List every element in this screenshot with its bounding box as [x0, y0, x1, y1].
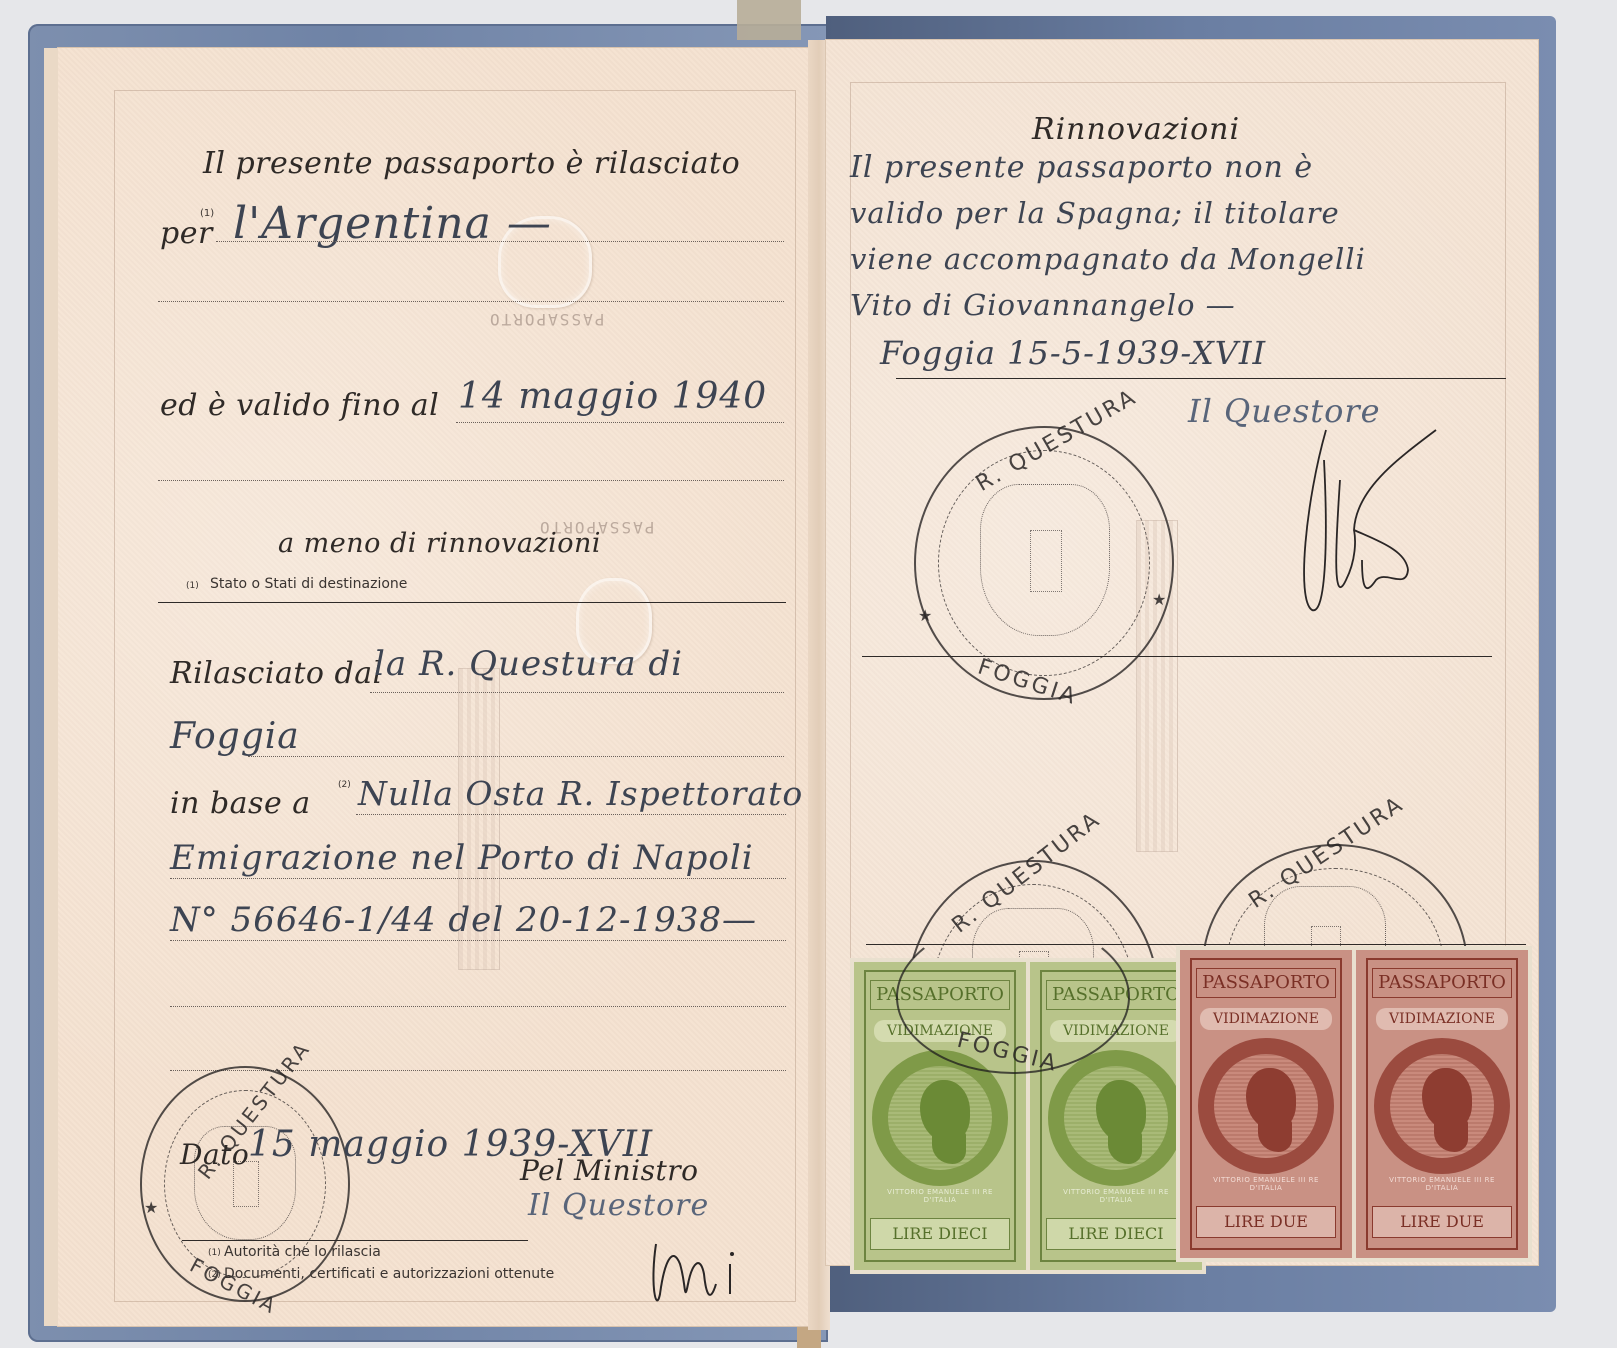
signatory-printed: Pel Ministro	[520, 1154, 698, 1187]
date-label: Dato	[180, 1138, 249, 1171]
embossed-text-top: PASSAPORTO	[488, 310, 604, 329]
rule-signature	[182, 1240, 528, 1241]
revenue-stamp-lire-due-2: PASSAPORTO VIDIMAZIONE VITTORIO EMANUELE…	[1356, 950, 1528, 1258]
issued-by-handwritten: la R. Questura di	[374, 644, 683, 684]
revenue-stamp-lire-due-1: PASSAPORTO VIDIMAZIONE VITTORIO EMANUELE…	[1180, 950, 1352, 1258]
line-destination	[216, 241, 784, 242]
rule-renewal-date	[896, 378, 1506, 379]
left-page: PASSAPORTO PASSAPORTO Il presente passap…	[58, 48, 820, 1326]
star-icon: ★	[918, 606, 932, 625]
right-page: Rinnovazioni Il presente passaporto non …	[826, 40, 1538, 1265]
stamp-subtitle: VIDIMAZIONE	[1376, 1008, 1508, 1030]
rule-section-divider	[158, 602, 786, 603]
king-portrait-icon	[1048, 1050, 1184, 1186]
valid-until-handwritten: 14 maggio 1940	[458, 376, 767, 417]
king-portrait-icon	[1374, 1038, 1510, 1174]
footnote-a-mark: (1)	[208, 1248, 221, 1258]
footnote-mark-2: (2)	[338, 780, 351, 790]
line-issued-by	[370, 692, 784, 693]
line-valid-until-2	[158, 480, 784, 481]
renewal-note-line-4: Vito di Giovannangelo —	[850, 288, 1236, 322]
stamp-ring-text: VITTORIO EMANUELE III RE D'ITALIA	[1048, 1188, 1184, 1204]
footnote-1-text: Stato o Stati di destinazione	[210, 576, 407, 592]
renewal-note-line-3: viene accompagnato da Mongelli	[850, 242, 1366, 276]
based-on-label: in base a	[170, 786, 311, 821]
star-icon: ★	[144, 1198, 158, 1217]
for-prefix: per	[160, 216, 213, 251]
renewal-note: a meno di rinnovazioni	[278, 528, 601, 559]
king-portrait-icon	[1198, 1038, 1334, 1174]
based-on-line-2: Emigrazione nel Porto di Napoli	[170, 838, 754, 878]
footnote-a-text: Autorità che lo rilascia	[224, 1244, 381, 1260]
stamp-subtitle: VIDIMAZIONE	[1200, 1008, 1332, 1030]
issued-for-label: Il presente passaporto è rilasciato	[203, 146, 740, 181]
stamp-value: LIRE DUE	[1372, 1206, 1512, 1238]
renewal-note-line-1: Il presente passaporto non è	[850, 150, 1313, 185]
issued-by-city-handwritten: Foggia	[170, 716, 300, 757]
crest-icon	[980, 484, 1110, 636]
rule-renewal-end	[862, 656, 1492, 657]
footnote-mark-1: (1)	[200, 208, 214, 219]
signature-mark	[646, 1224, 766, 1324]
signatory-handwritten: Il Questore	[528, 1188, 709, 1223]
questore-signature	[1296, 420, 1446, 620]
line-based-on-1	[356, 814, 786, 815]
line-based-on-3	[170, 940, 786, 941]
stamp-ring-text: VITTORIO EMANUELE III RE D'ITALIA	[872, 1188, 1008, 1204]
line-destination-2	[158, 301, 784, 302]
based-on-line-3: N° 56646-1/44 del 20-12-1938—	[170, 900, 757, 940]
footnote-1-mark: (1)	[186, 581, 199, 591]
stamp-header: PASSAPORTO	[1372, 968, 1512, 998]
line-based-on-2	[170, 878, 786, 879]
spine-tape-top	[737, 0, 801, 40]
star-icon: ★	[1152, 590, 1166, 609]
questura-stamp-renewal	[914, 426, 1174, 700]
valid-until-label: ed è valido fino al	[160, 388, 439, 423]
line-issued-city	[248, 756, 784, 757]
stamp-header: PASSAPORTO	[1196, 968, 1336, 998]
line-blank	[170, 1006, 786, 1007]
stamp-ring-text: VITTORIO EMANUELE III RE D'ITALIA	[1198, 1176, 1334, 1192]
renewal-place-date: Foggia 15-5-1939-XVII	[880, 334, 1266, 372]
stamp-ring-text: VITTORIO EMANUELE III RE D'ITALIA	[1374, 1176, 1510, 1192]
line-valid-until	[456, 422, 784, 423]
renewals-heading: Rinnovazioni	[1032, 112, 1240, 147]
stamp-value: LIRE DIECI	[870, 1218, 1010, 1250]
based-on-line-1: Nulla Osta R. Ispettorato	[358, 774, 803, 813]
footnote-b-mark: (2)	[208, 1270, 221, 1280]
stamp-value: LIRE DUE	[1196, 1206, 1336, 1238]
stamp-value: LIRE DIECI	[1046, 1218, 1186, 1250]
renewal-note-line-2: valido per la Spagna; il titolare	[850, 196, 1340, 230]
issued-by-label: Rilasciato dal	[170, 656, 383, 691]
footnote-b-text: Documenti, certificati e autorizzazioni …	[224, 1266, 554, 1282]
